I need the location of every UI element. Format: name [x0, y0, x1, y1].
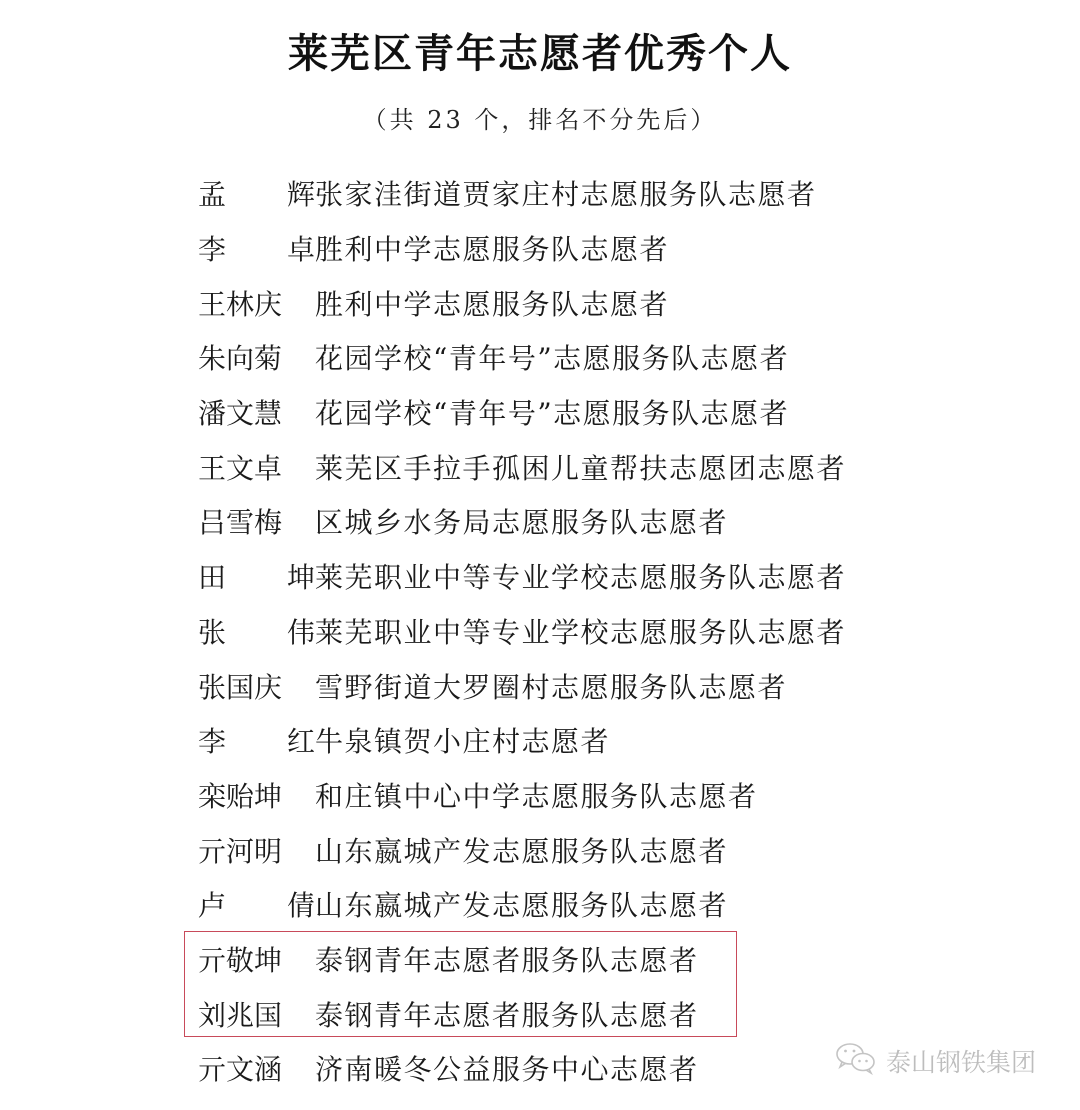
- list-item: 潘文慧 花园学校“青年号”志愿服务队志愿者: [198, 385, 898, 440]
- name-char: 倩: [287, 884, 315, 924]
- honoree-name: 李红: [198, 720, 315, 760]
- honoree-unit: 济南暖冬公益服务中心志愿者: [315, 1048, 699, 1088]
- honoree-name: 亓文涵: [198, 1048, 315, 1088]
- honoree-unit: 胜利中学志愿服务队志愿者: [315, 228, 669, 268]
- honoree-name: 李卓: [198, 228, 315, 268]
- highlight-box: [184, 931, 737, 1037]
- honoree-name: 王林庆: [198, 283, 315, 323]
- honoree-name: 王文卓: [198, 447, 315, 487]
- list-item: 王林庆 胜利中学志愿服务队志愿者: [198, 275, 898, 330]
- honoree-unit: 牛泉镇贺小庄村志愿者: [315, 720, 610, 760]
- name-char: 卓: [287, 228, 315, 268]
- watermark: 泰山钢铁集团: [834, 1040, 1036, 1082]
- name-char: 卢: [198, 884, 226, 924]
- name-char: 坤: [287, 556, 315, 596]
- honoree-name: 孟辉: [198, 173, 315, 213]
- honoree-unit: 和庄镇中心中学志愿服务队志愿者: [315, 775, 758, 815]
- honoree-name: 吕雪梅: [198, 501, 315, 541]
- honoree-name: 亓河明: [198, 830, 315, 870]
- honoree-name: 张国庆: [198, 666, 315, 706]
- honoree-name: 潘文慧: [198, 392, 315, 432]
- watermark-text: 泰山钢铁集团: [886, 1043, 1036, 1079]
- honoree-unit: 山东嬴城产发志愿服务队志愿者: [315, 830, 728, 870]
- list-item: 孟辉 张家洼街道贾家庄村志愿服务队志愿者: [198, 166, 898, 221]
- name-char: 伟: [287, 611, 315, 651]
- name-char: 孟: [198, 173, 226, 213]
- list-item: 卢倩 山东嬴城产发志愿服务队志愿者: [198, 877, 898, 932]
- honoree-unit: 山东嬴城产发志愿服务队志愿者: [315, 884, 728, 924]
- list-item: 李卓 胜利中学志愿服务队志愿者: [198, 221, 898, 276]
- name-char: 李: [198, 228, 226, 268]
- honoree-name: 田坤: [198, 556, 315, 596]
- honoree-unit: 雪野街道大罗圈村志愿服务队志愿者: [315, 666, 787, 706]
- list-item: 李红 牛泉镇贺小庄村志愿者: [198, 713, 898, 768]
- list-item: 田坤 莱芜职业中等专业学校志愿服务队志愿者: [198, 549, 898, 604]
- honoree-unit: 区城乡水务局志愿服务队志愿者: [315, 501, 728, 541]
- list-item: 张国庆 雪野街道大罗圈村志愿服务队志愿者: [198, 658, 898, 713]
- honoree-unit: 莱芜职业中等专业学校志愿服务队志愿者: [315, 556, 846, 596]
- honoree-unit: 花园学校“青年号”志愿服务队志愿者: [315, 337, 789, 377]
- list-item: 张伟 莱芜职业中等专业学校志愿服务队志愿者: [198, 604, 898, 659]
- honoree-name: 朱向菊: [198, 337, 315, 377]
- honoree-unit: 张家洼街道贾家庄村志愿服务队志愿者: [315, 173, 817, 213]
- honoree-unit: 莱芜区手拉手孤困儿童帮扶志愿团志愿者: [315, 447, 846, 487]
- honoree-name: 卢倩: [198, 884, 315, 924]
- list-item: 栾贻坤 和庄镇中心中学志愿服务队志愿者: [198, 768, 898, 823]
- list-item: 王文卓 莱芜区手拉手孤困儿童帮扶志愿团志愿者: [198, 439, 898, 494]
- wechat-icon: [834, 1040, 886, 1082]
- name-char: 田: [198, 556, 226, 596]
- name-char: 李: [198, 720, 226, 760]
- name-char: 红: [287, 720, 315, 760]
- list-item: 朱向菊 花园学校“青年号”志愿服务队志愿者: [198, 330, 898, 385]
- name-char: 张: [198, 611, 226, 651]
- document-title: 莱芜区青年志愿者优秀个人: [0, 22, 1080, 79]
- list-item: 亓文涵 济南暖冬公益服务中心志愿者: [198, 1041, 898, 1096]
- document-subtitle: （共 23 个，排名不分先后）: [0, 100, 1080, 135]
- honoree-unit: 花园学校“青年号”志愿服务队志愿者: [315, 392, 789, 432]
- honoree-name: 张伟: [198, 611, 315, 651]
- honoree-name: 栾贻坤: [198, 775, 315, 815]
- list-item: 亓河明 山东嬴城产发志愿服务队志愿者: [198, 822, 898, 877]
- honoree-unit: 莱芜职业中等专业学校志愿服务队志愿者: [315, 611, 846, 651]
- name-char: 辉: [287, 173, 315, 213]
- honoree-unit: 胜利中学志愿服务队志愿者: [315, 283, 669, 323]
- list-item: 吕雪梅 区城乡水务局志愿服务队志愿者: [198, 494, 898, 549]
